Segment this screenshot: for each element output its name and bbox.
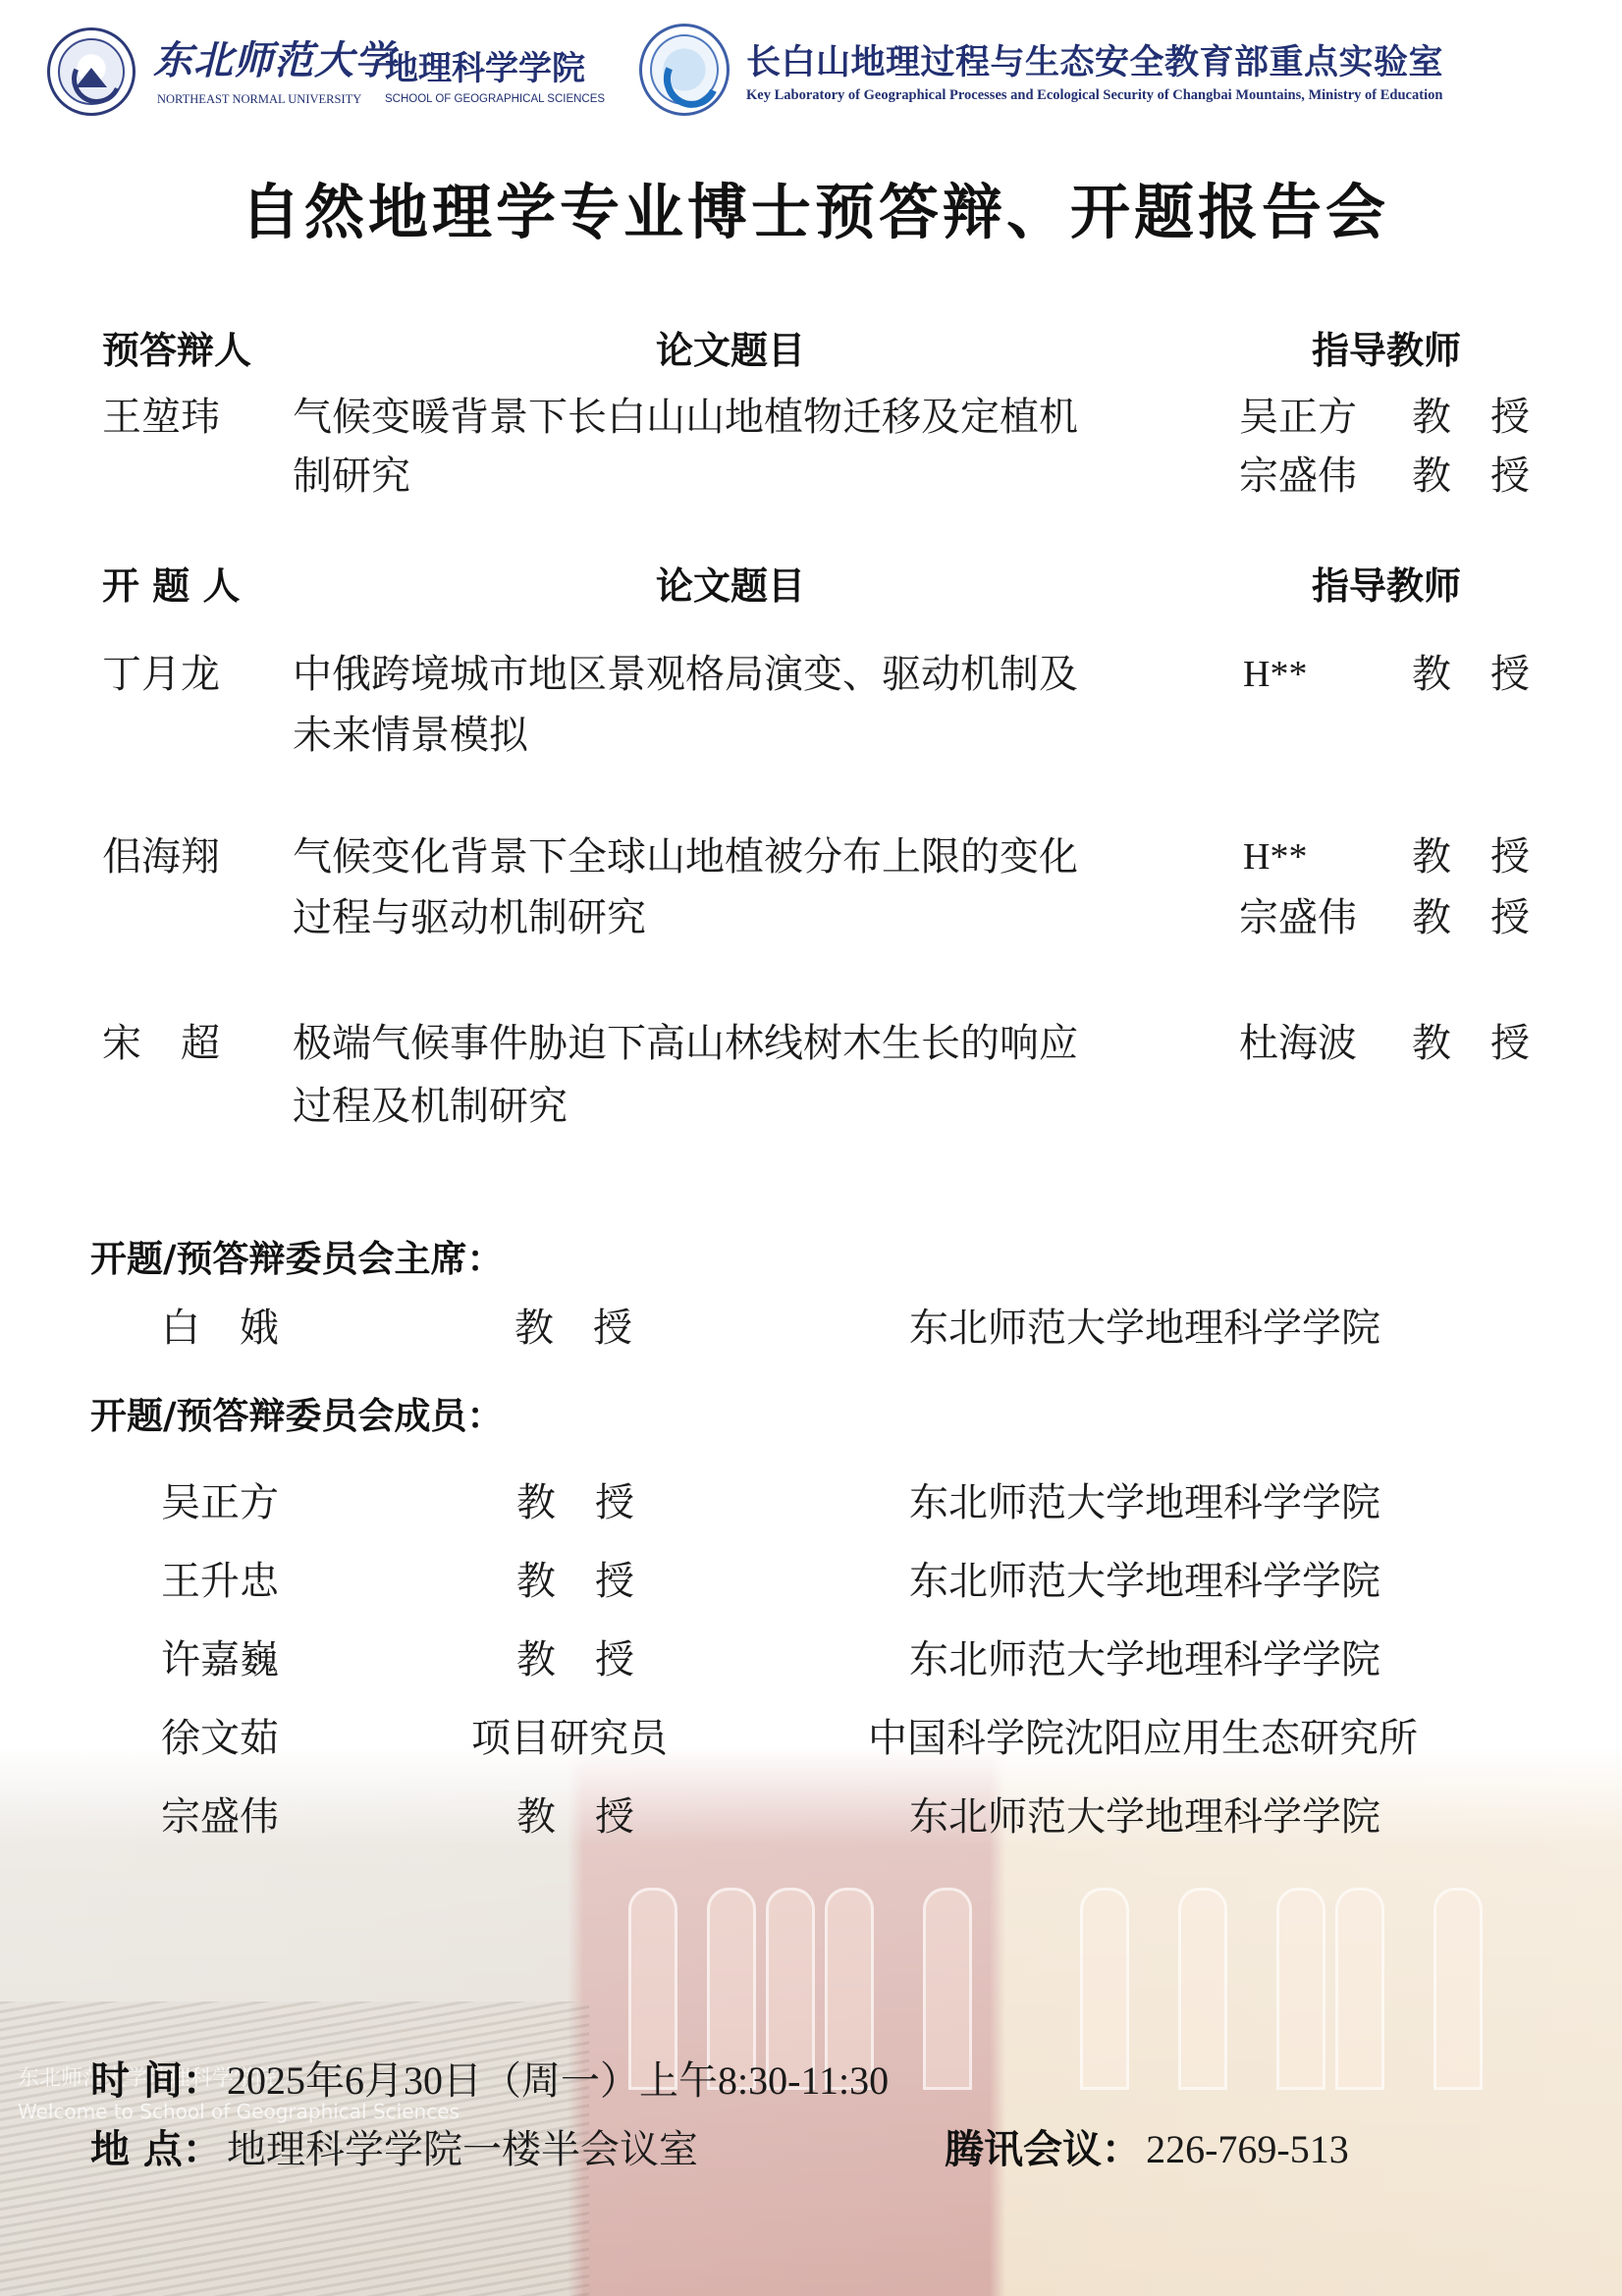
advisor-name: 吴正方 (1239, 387, 1357, 448)
advisor-name: H** (1243, 644, 1307, 705)
laboratory-name-cn: 长白山地理过程与生态安全教育部重点实验室 (746, 35, 1443, 84)
page-title: 自然地理学专业博士预答辩、开题报告会 (49, 165, 1581, 250)
member-name: 吴正方 (161, 1472, 279, 1533)
column-header-person: 预答辩人 (102, 320, 251, 374)
member-title: 教 授 (516, 1472, 634, 1533)
member-name: 许嘉巍 (161, 1629, 279, 1690)
meeting-row: 腾讯会议： 226-769-513 (945, 2118, 1349, 2174)
advisor-title: 教 授 (1412, 387, 1530, 448)
meeting-label: 腾讯会议： (945, 2127, 1141, 2172)
member-affiliation: 东北师范大学地理科学学院 (909, 1629, 1380, 1690)
school-name-cn: 地理科学学院 (385, 41, 585, 89)
background-window (1080, 1888, 1129, 2090)
university-name-en: NORTHEAST NORMAL UNIVERSITY (157, 92, 361, 107)
column-header-advisor: 指导教师 (1312, 556, 1461, 610)
thesis-topic-line2: 制研究 (293, 446, 410, 507)
background-window (1178, 1888, 1227, 2090)
advisor-name: H** (1243, 827, 1307, 887)
candidate-name: 佀海翔 (102, 827, 220, 887)
advisor-title: 教 授 (1412, 644, 1530, 705)
member-title: 教 授 (514, 1298, 632, 1359)
member-title: 教 授 (516, 1629, 634, 1690)
member-name: 徐文茹 (161, 1708, 279, 1769)
laboratory-name-en: Key Laboratory of Geographical Processes… (746, 87, 1442, 104)
university-name-cn: 东北师范大学 (153, 29, 395, 85)
column-header-person: 开 题 人 (102, 556, 240, 610)
advisor-title: 教 授 (1412, 887, 1530, 948)
meeting-id[interactable]: 226-769-513 (1146, 2127, 1349, 2171)
school-name-en: SCHOOL OF GEOGRAPHICAL SCIENCES (385, 93, 605, 105)
column-header-topic: 论文题目 (656, 320, 805, 374)
advisor-name: 宗盛伟 (1239, 446, 1357, 507)
committee-chair-label: 开题/预答辩委员会主席： (90, 1229, 504, 1282)
time-value: 2025年6月30日（周一）上午8:30-11:30 (227, 2058, 889, 2103)
committee-members-label: 开题/预答辩委员会成员： (90, 1386, 504, 1439)
member-title: 项目研究员 (471, 1708, 668, 1769)
thesis-topic-line1: 极端气候事件胁迫下高山林线树木生长的响应 (293, 1013, 1078, 1074)
place-value: 地理科学学院一楼半会议室 (227, 2127, 698, 2172)
thesis-topic-line2: 过程及机制研究 (293, 1076, 568, 1137)
time-label: 时 间： (90, 2058, 222, 2104)
column-header-advisor: 指导教师 (1312, 320, 1461, 374)
advisor-title: 教 授 (1412, 1013, 1530, 1074)
time-row: 时 间： 2025年6月30日（周一）上午8:30-11:30 (90, 2050, 889, 2106)
thesis-topic-line2: 未来情景模拟 (293, 705, 528, 766)
candidate-name: 王堃玮 (102, 387, 220, 448)
member-affiliation: 东北师范大学地理科学学院 (909, 1787, 1380, 1847)
university-seal-icon (47, 27, 135, 116)
candidate-name: 宋 超 (102, 1013, 220, 1074)
background-window (1335, 1888, 1384, 2090)
advisor-name: 杜海波 (1239, 1013, 1357, 1074)
background-window (923, 1888, 972, 2090)
thesis-topic-line1: 中俄跨境城市地区景观格局演变、驱动机制及 (293, 644, 1078, 705)
candidate-name: 丁月龙 (102, 644, 220, 705)
member-affiliation: 中国科学院沈阳应用生态研究所 (868, 1708, 1418, 1769)
advisor-title: 教 授 (1412, 446, 1530, 507)
member-affiliation: 东北师范大学地理科学学院 (909, 1472, 1380, 1533)
place-label: 地 点： (90, 2127, 222, 2172)
background-window (1433, 1888, 1483, 2090)
laboratory-seal-icon (639, 24, 730, 116)
advisor-name: 宗盛伟 (1239, 887, 1357, 948)
thesis-topic-line1: 气候变暖背景下长白山山地植物迁移及定植机 (293, 387, 1078, 448)
member-name: 宗盛伟 (161, 1787, 279, 1847)
member-affiliation: 东北师范大学地理科学学院 (909, 1298, 1380, 1359)
member-affiliation: 东北师范大学地理科学学院 (909, 1551, 1380, 1612)
member-title: 教 授 (516, 1551, 634, 1612)
member-name: 白 娥 (161, 1298, 279, 1359)
member-name: 王升忠 (161, 1551, 279, 1612)
member-title: 教 授 (516, 1787, 634, 1847)
place-row: 地 点： 地理科学学院一楼半会议室 (90, 2118, 698, 2174)
advisor-title: 教 授 (1412, 827, 1530, 887)
thesis-topic-line1: 气候变化背景下全球山地植被分布上限的变化 (293, 827, 1078, 887)
background-window (1276, 1888, 1325, 2090)
thesis-topic-line2: 过程与驱动机制研究 (293, 887, 646, 948)
column-header-topic: 论文题目 (656, 556, 805, 610)
